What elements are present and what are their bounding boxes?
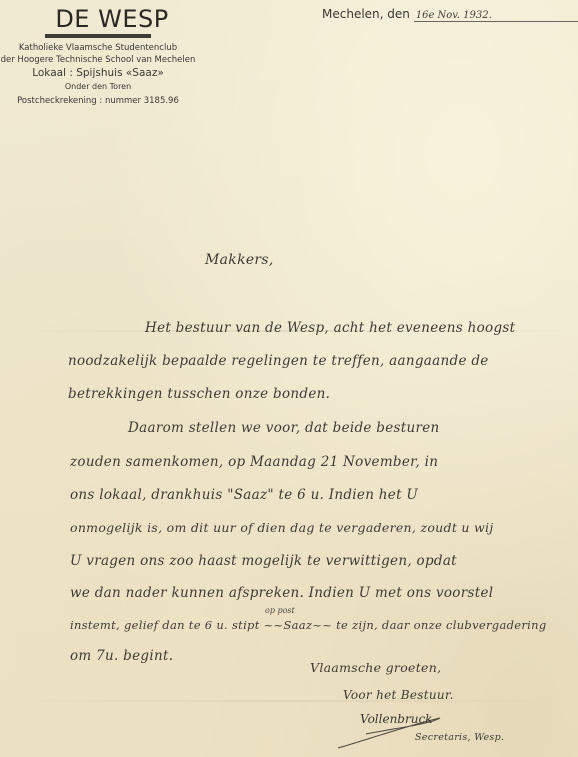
dateline: Mechelen, den 16e Nov. 1932.: [322, 7, 578, 22]
letterhead-location: Onder den Toren: [0, 81, 196, 93]
closing-on-behalf: Voor het Bestuur.: [343, 688, 454, 702]
letter-line: ons lokaal, drankhuis "Saaz" te 6 u. Ind…: [70, 487, 418, 503]
dateline-handwritten: 16e Nov. 1932.: [414, 10, 578, 22]
letter-line: instemt, gelief dan te 6 u. stipt ~~Saaz…: [70, 618, 547, 632]
dateline-printed: Mechelen, den: [322, 7, 410, 21]
letter-line: we dan nader kunnen afspreken. Indien U …: [70, 585, 493, 601]
letter-paper: [0, 0, 578, 757]
letterhead-school: der Hoogere Technische School van Mechel…: [0, 54, 196, 66]
letter-line: onmogelijk is, om dit uur of dien dag te…: [70, 520, 494, 535]
signature-role: Secretaris, Wesp.: [415, 732, 504, 743]
letter-insertion: op post: [265, 606, 295, 615]
letterhead: DE WESP Katholieke Vlaamsche Studentencl…: [0, 6, 196, 107]
letterhead-rule: [45, 34, 151, 38]
letterhead-title: DE WESP: [28, 6, 196, 32]
salutation: Makkers,: [205, 252, 274, 268]
letterhead-club: Katholieke Vlaamsche Studentenclub: [0, 42, 196, 54]
closing-greeting: Vlaamsche groeten,: [310, 660, 441, 675]
letterhead-postcheck: Postcheckrekening : nummer 3185.96: [0, 95, 196, 107]
letter-line: zouden samenkomen, op Maandag 21 Novembe…: [70, 454, 438, 470]
letter-line: om 7u. begint.: [70, 648, 173, 664]
signature: Vollenbruck: [360, 712, 432, 726]
letter-line: Het bestuur van de Wesp, acht het evenee…: [145, 320, 515, 336]
letterhead-venue: Lokaal : Spijshuis «Saaz»: [0, 66, 196, 81]
letter-line: Daarom stellen we voor, dat beide bestur…: [128, 420, 440, 436]
paper-fold: [0, 700, 578, 702]
letter-line: noodzakelijk bepaalde regelingen te tref…: [68, 353, 489, 369]
letter-line: betrekkingen tusschen onze bonden.: [68, 386, 330, 402]
letter-line: U vragen ons zoo haast mogelijk te verwi…: [70, 553, 457, 569]
